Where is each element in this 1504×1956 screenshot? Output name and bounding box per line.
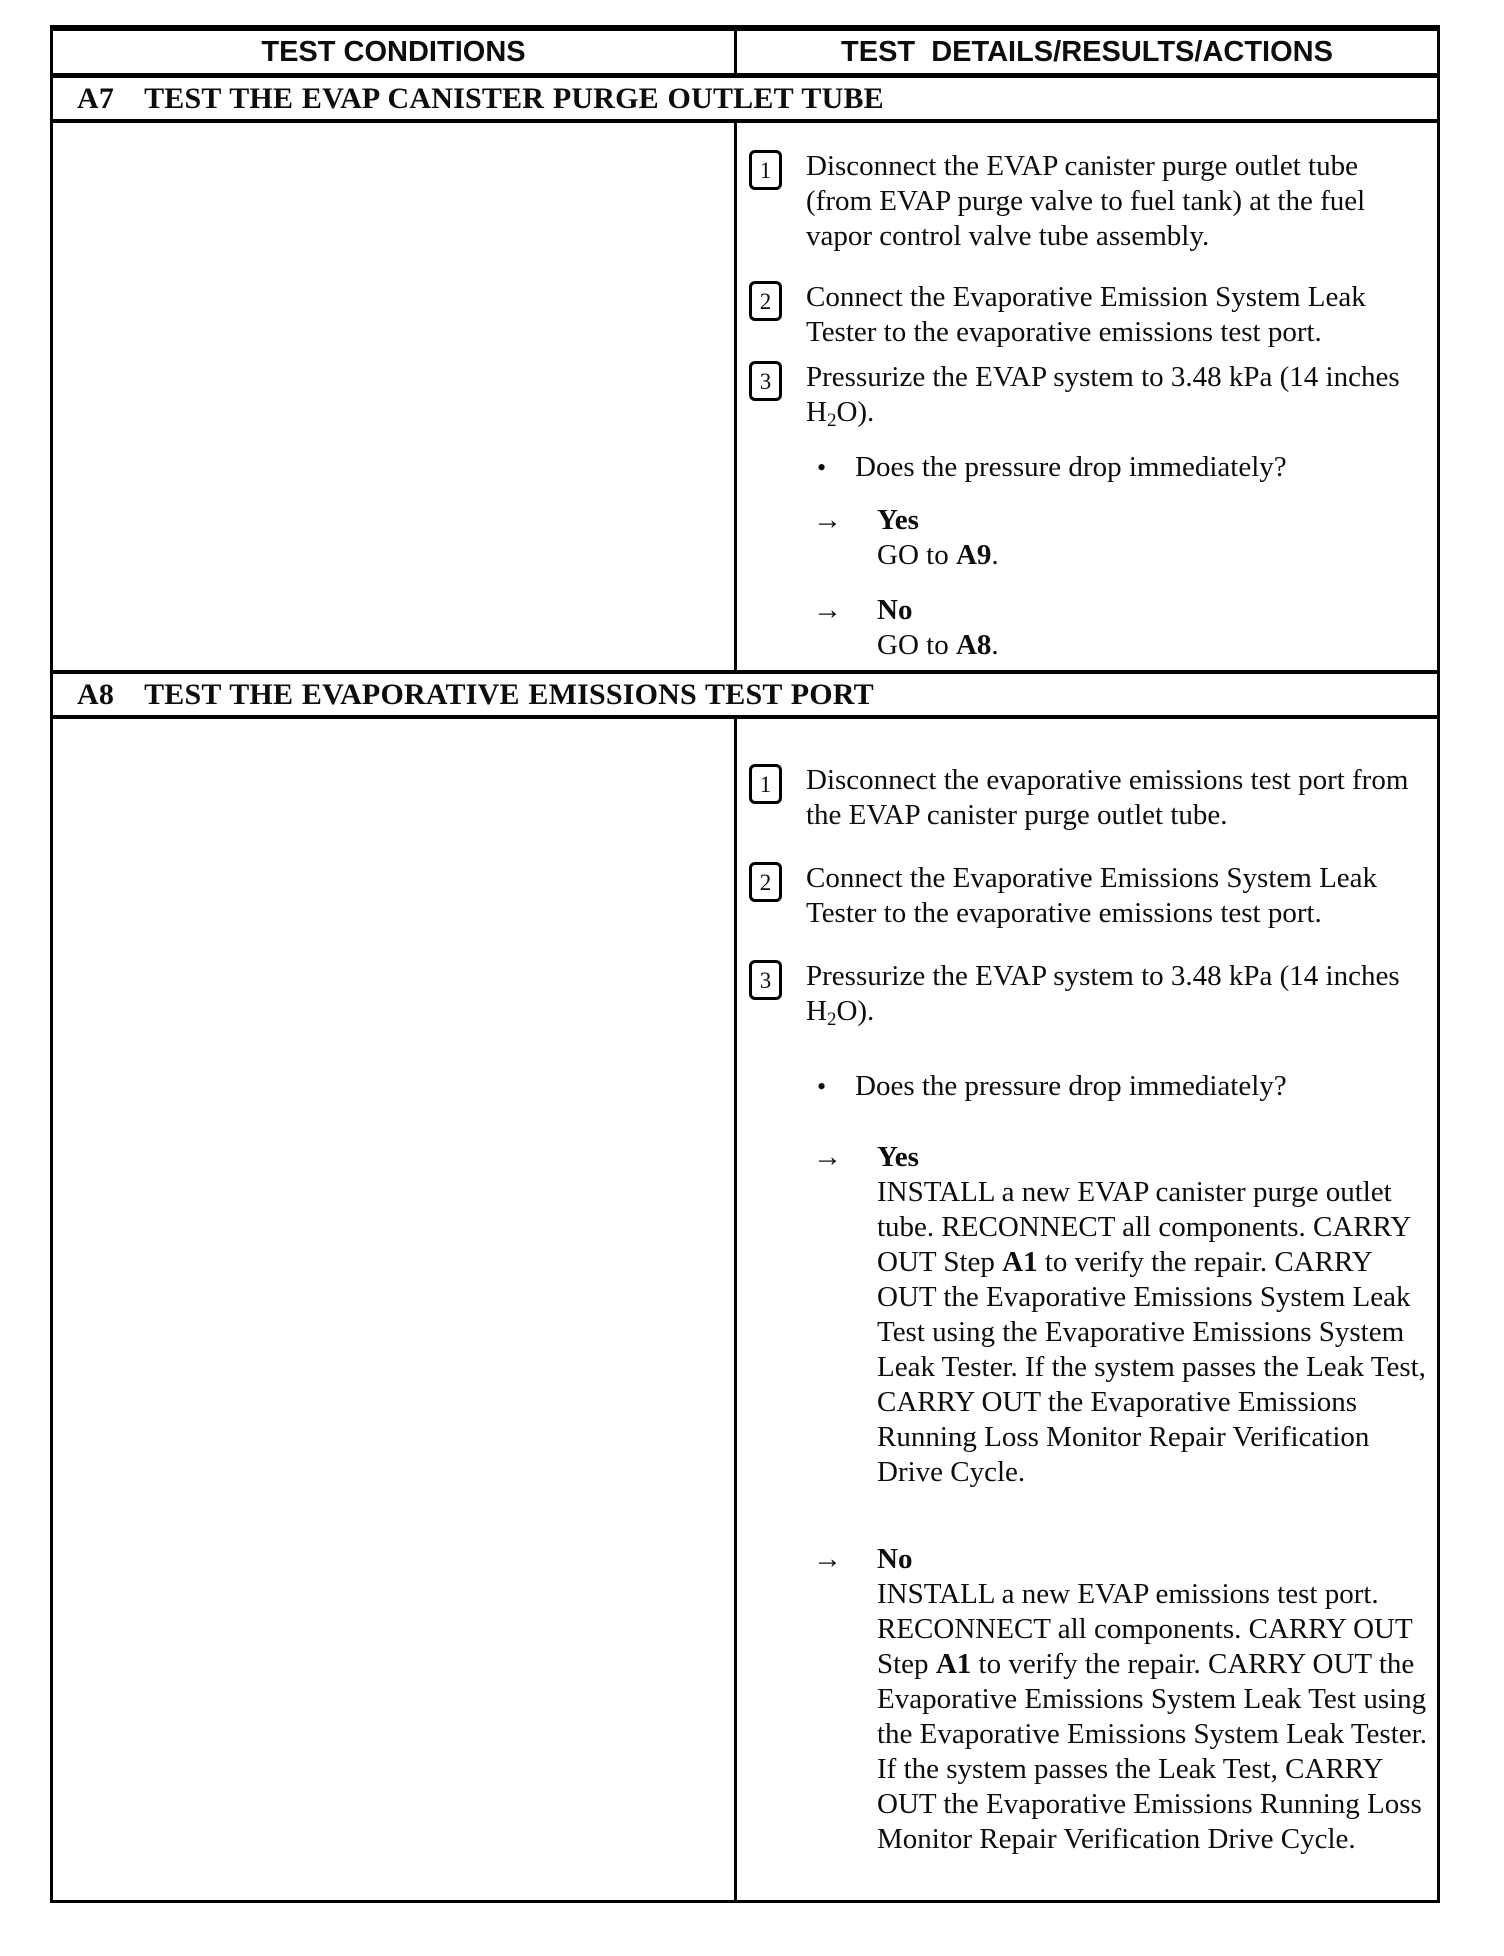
answer-action: GO to A9. — [877, 538, 1437, 573]
step-number-box: 2 — [749, 281, 782, 321]
step-text: Pressurize the EVAP system to 3.48 kPa (… — [806, 959, 1426, 1029]
step-text: Disconnect the evaporative emissions tes… — [806, 763, 1426, 833]
question-text: Does the pressure drop immediately? — [855, 1069, 1287, 1104]
arrow-icon: → — [813, 1542, 843, 1857]
answer-body: No GO to A8. — [877, 593, 1437, 663]
a7-step-2: 2 Connect the Evaporative Emission Syste… — [749, 280, 1437, 350]
bullet-icon: • — [817, 1069, 831, 1104]
a7-test-details-cell: 1 Disconnect the EVAP canister purge out… — [737, 123, 1437, 670]
arrow-icon: → — [813, 593, 843, 663]
answer-label: Yes — [877, 1140, 1437, 1175]
a8-test-details-cell: 1 Disconnect the evaporative emissions t… — [737, 719, 1437, 1900]
step-text: Connect the Evaporative Emissions System… — [806, 861, 1426, 931]
a8-step-3: 3 Pressurize the EVAP system to 3.48 kPa… — [749, 959, 1437, 1029]
a7-question: • Does the pressure drop immediately? — [817, 450, 1437, 485]
a8-question: • Does the pressure drop immediately? — [817, 1069, 1437, 1104]
a8-step-2: 2 Connect the Evaporative Emissions Syst… — [749, 861, 1437, 931]
arrow-icon: → — [813, 503, 843, 573]
section-a7-title: TEST THE EVAP CANISTER PURGE OUTLET TUBE — [144, 82, 884, 116]
header-test-conditions: TEST CONDITIONS — [53, 31, 737, 73]
arrow-icon: → — [813, 1140, 843, 1490]
answer-label: Yes — [877, 503, 1437, 538]
section-a8-title: TEST THE EVAPORATIVE EMISSIONS TEST PORT — [144, 678, 874, 712]
section-a8-body-row: 1 Disconnect the evaporative emissions t… — [53, 719, 1437, 1900]
bullet-icon: • — [817, 450, 831, 485]
a8-answer-no: → No INSTALL a new EVAP emissions test p… — [813, 1542, 1437, 1857]
header-test-details: TEST DETAILS/RESULTS/ACTIONS — [737, 31, 1437, 73]
section-a7-body-row: 1 Disconnect the EVAP canister purge out… — [53, 123, 1437, 674]
answer-action: INSTALL a new EVAP emissions test port. … — [877, 1577, 1437, 1857]
a8-step-1: 1 Disconnect the evaporative emissions t… — [749, 763, 1437, 833]
section-a8-title-row: A8 TEST THE EVAPORATIVE EMISSIONS TEST P… — [53, 674, 1437, 719]
step-text: Disconnect the EVAP canister purge outle… — [806, 149, 1426, 254]
section-a7-title-row: A7 TEST THE EVAP CANISTER PURGE OUTLET T… — [53, 78, 1437, 123]
step-number-box: 1 — [749, 150, 782, 190]
section-a7-id: A7 — [77, 82, 114, 116]
a7-answer-yes: → Yes GO to A9. — [813, 503, 1437, 573]
section-a8-id: A8 — [77, 678, 114, 712]
answer-body: Yes INSTALL a new EVAP canister purge ou… — [877, 1140, 1437, 1490]
a7-answer-no: → No GO to A8. — [813, 593, 1437, 663]
step-number-box: 1 — [749, 764, 782, 804]
step-number-box: 2 — [749, 862, 782, 902]
a7-test-conditions-cell — [53, 123, 737, 670]
step-text: Pressurize the EVAP system to 3.48 kPa (… — [806, 360, 1426, 430]
page: TEST CONDITIONS TEST DETAILS/RESULTS/ACT… — [0, 0, 1504, 1956]
a7-step-3: 3 Pressurize the EVAP system to 3.48 kPa… — [749, 360, 1437, 430]
pinpoint-test-table: TEST CONDITIONS TEST DETAILS/RESULTS/ACT… — [50, 25, 1440, 1903]
step-number-box: 3 — [749, 361, 782, 401]
a8-answer-yes: → Yes INSTALL a new EVAP canister purge … — [813, 1140, 1437, 1490]
answer-body: Yes GO to A9. — [877, 503, 1437, 573]
a8-test-conditions-cell — [53, 719, 737, 1900]
step-text: Connect the Evaporative Emission System … — [806, 280, 1426, 350]
answer-label: No — [877, 593, 1437, 628]
a7-step-1: 1 Disconnect the EVAP canister purge out… — [749, 149, 1437, 254]
answer-action: INSTALL a new EVAP canister purge outlet… — [877, 1175, 1437, 1490]
table-header-row: TEST CONDITIONS TEST DETAILS/RESULTS/ACT… — [53, 31, 1437, 78]
answer-label: No — [877, 1542, 1437, 1577]
answer-action: GO to A8. — [877, 628, 1437, 663]
step-number-box: 3 — [749, 960, 782, 1000]
question-text: Does the pressure drop immediately? — [855, 450, 1287, 485]
answer-body: No INSTALL a new EVAP emissions test por… — [877, 1542, 1437, 1857]
